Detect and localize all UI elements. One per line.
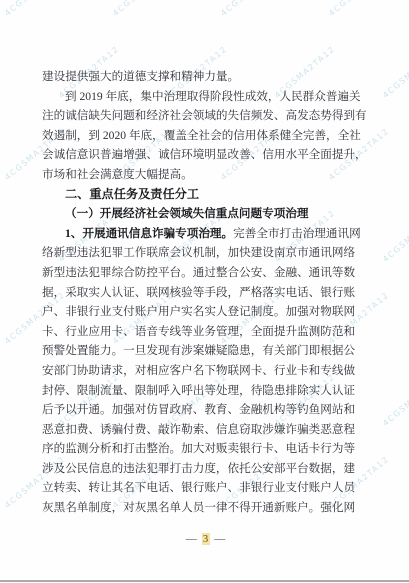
text-line: 户、非银行业支付账户用户实名实人登记制度。加强对物联网 — [42, 302, 370, 322]
item-first-line: 1、开展通讯信息诈骗专项治理。完善全市打击治理通讯网 — [42, 224, 370, 244]
watermark-text: 4CGSMA2TA12 — [381, 372, 409, 428]
watermark-text: 4CGSMA2TA12 — [3, 0, 67, 18]
text-line: 注的诚信缺失问题和经济社会领域的失信频发、高发态势得到有 — [42, 106, 370, 126]
text-line: 恶意扣费、诱骗付费、敲诈勒索、信息窃取涉嫌诈骗类恶意程 — [42, 420, 370, 440]
text-line: 预警处置能力。一旦发现有涉案嫌疑隐患，有关部门即根据公 — [42, 341, 370, 361]
text-line: 后予以开通。加强对仿冒政府、教育、金融机构等钓鱼网站和 — [42, 400, 370, 420]
page-number: —3— — [42, 530, 370, 550]
document-text: 建设提供强大的道德支撑和精神力量。 到 2019 年底，集中治理取得阶段性成效，… — [42, 67, 370, 549]
page-number-digit: 3 — [202, 533, 211, 545]
watermark-text: 4CGSMA2TA12 — [381, 44, 409, 100]
text-line: 卡、行业应用卡、语音专线等业务管理，全面提升监测防范和 — [42, 322, 370, 342]
text-line: 效遏制，到 2020 年底，覆盖全社会的信用体系健全完善，全社 — [42, 126, 370, 146]
item-lead-bold: 1、开展通讯信息诈骗专项治理。 — [65, 227, 233, 240]
watermark-text: 4CGSMA2TA12 — [381, 208, 409, 264]
text-line: 灰黑名单制度，对灰黑名单人员一律不得开通新账户。强化网 — [42, 498, 370, 518]
text-line: 市场和社会满意度大幅提高。 — [42, 165, 370, 185]
subsection-heading: （一）开展经济社会领域失信重点问题专项治理 — [42, 204, 370, 224]
watermark-text: 4CGSMA2TA12 — [327, 0, 391, 18]
text-line: 封停、限制流量、限制呼入呼出等处理，待隐患排除实人认证 — [42, 381, 370, 401]
text-line: 到 2019 年底，集中治理取得阶段性成效，人民群众普遍关 — [42, 87, 370, 107]
bottom-border-line — [0, 580, 409, 582]
page-number-dash-left: — — [186, 533, 198, 545]
section-heading: 二、重点任务及责任分工 — [42, 185, 370, 205]
text-line: 序的监测分析和打击整治。加大对贩卖银行卡、电话卡行为等 — [42, 439, 370, 459]
watermark-text: 4CGSMA2TA12 — [219, 0, 283, 18]
text-line: 安部门协助请求，对相应客户名下物联网卡、行业卡和专线做 — [42, 361, 370, 381]
text-line: 络新型违法犯罪工作联席会议机制，加快建设南京市通讯网络 — [42, 243, 370, 263]
watermark-text: 4CGSMA2TA12 — [111, 0, 175, 18]
text-line: 新型违法犯罪综合防控平台。通过整合公安、金融、通讯等数 — [42, 263, 370, 283]
text-line: 据，采取实人认证、联网核验等手段，严格落实电话、银行账 — [42, 283, 370, 303]
document-page: 4CGSMA2TA124CGSMA2TA124CGSMA2TA124CGSMA2… — [0, 0, 409, 583]
text-line: 立转卖、转让其名下电话、银行账户、非银行业支付账户人员 — [42, 478, 370, 498]
text-line: 会诚信意识普遍增强、诚信环境明显改善、信用水平全面提升， — [42, 145, 370, 165]
item-lead-rest: 完善全市打击治理通讯网 — [233, 227, 361, 240]
text-line: 建设提供强大的道德支撑和精神力量。 — [42, 67, 370, 87]
page-number-dash-right: — — [214, 533, 226, 545]
text-line: 涉及公民信息的违法犯罪打击力度，依托公安部平台数据，建 — [42, 459, 370, 479]
